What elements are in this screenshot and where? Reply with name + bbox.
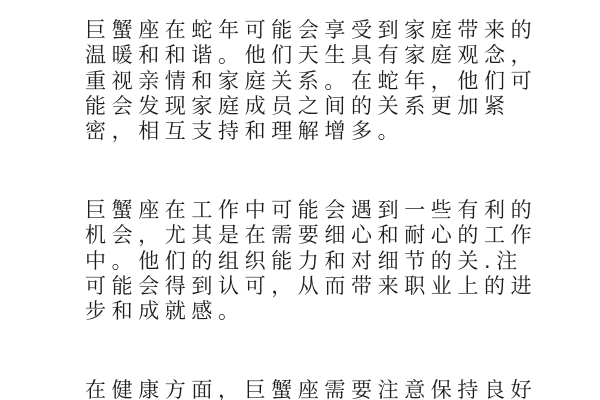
text-line: 中。他们的组织能力和对细节的关.注 — [85, 249, 525, 274]
text-line: 密，相互支持和理解增多。 — [85, 119, 525, 144]
text-line: 机会，尤其是在需要细心和耐心的工作 — [85, 223, 525, 248]
text-line: 温暖和和谐。他们天生具有家庭观念， — [85, 43, 525, 68]
text-line: 巨蟹座在蛇年可能会享受到家庭带来的 — [85, 18, 525, 43]
paragraph-health: 在健康方面，巨蟹座需要注意保持良好 — [85, 378, 525, 400]
text-line: 巨蟹座在工作中可能会遇到一些有利的 — [85, 198, 525, 223]
text-line: 在健康方面，巨蟹座需要注意保持良好 — [85, 378, 525, 400]
text-line: 重视亲情和家庭关系。在蛇年，他们可 — [85, 69, 525, 94]
article-page: 巨蟹座在蛇年可能会享受到家庭带来的 温暖和和谐。他们天生具有家庭观念， 重视亲情… — [0, 0, 600, 400]
text-line: 步和成就感。 — [85, 299, 525, 324]
paragraph-family: 巨蟹座在蛇年可能会享受到家庭带来的 温暖和和谐。他们天生具有家庭观念， 重视亲情… — [85, 18, 525, 144]
text-line: 可能会得到认可，从而带来职业上的进 — [85, 274, 525, 299]
text-line: 能会发现家庭成员之间的关系更加紧 — [85, 94, 525, 119]
paragraph-career: 巨蟹座在工作中可能会遇到一些有利的 机会，尤其是在需要细心和耐心的工作 中。他们… — [85, 198, 525, 324]
